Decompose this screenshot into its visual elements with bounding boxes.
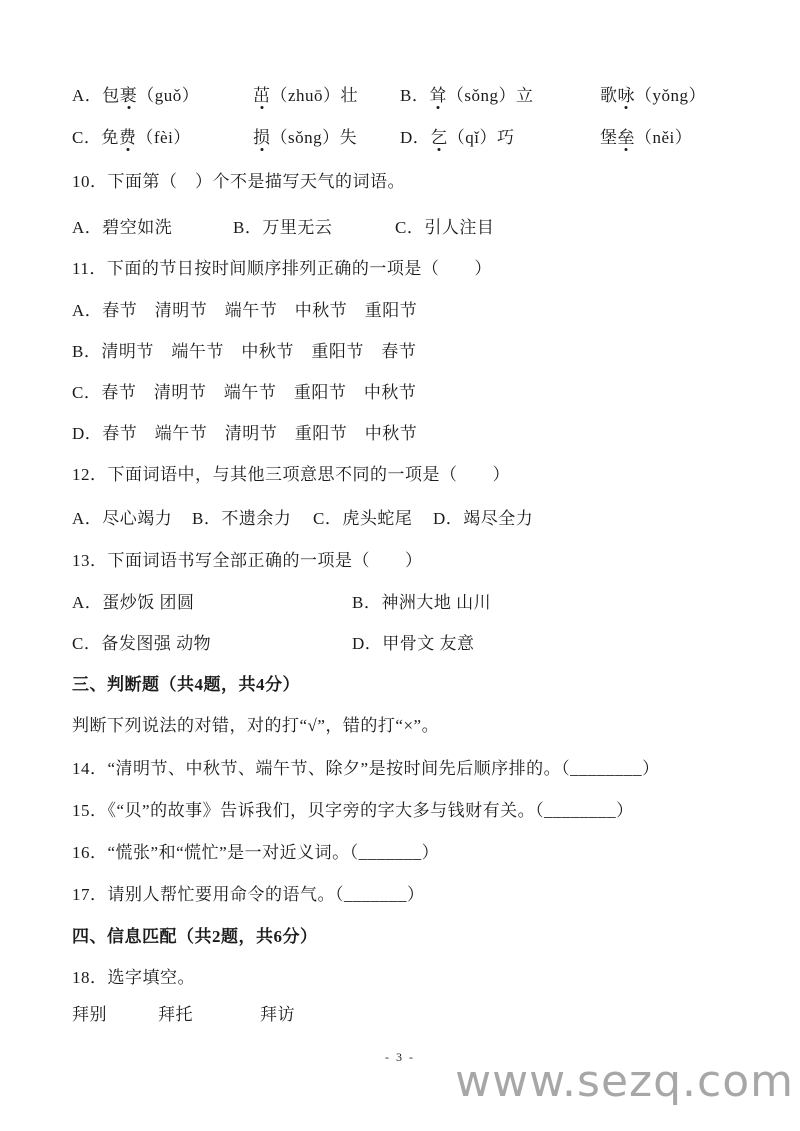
q9-option-b: B．耸（sǒng）立: [400, 86, 533, 105]
question-11: 11．下面的节日按时间顺序排列正确的一项是（ ）: [72, 259, 492, 278]
section-3-instruction: 判断下列说法的对错，对的打“√”，错的打“×”。: [72, 716, 439, 735]
question-12: 12．下面词语中，与其他三项意思不同的一项是（ ）: [72, 465, 510, 484]
q18-word-2: 拜托: [158, 1005, 193, 1024]
q13-option-b: B．神洲大地 山川: [352, 593, 491, 612]
q10-option-c: C．引人注目: [395, 218, 494, 237]
question-18-word-bank: 拜别 拜托 拜访: [72, 1005, 772, 1024]
q9-option-row-1: A．包裹（guǒ） 茁（zhuō）壮 B．耸（sǒng）立 歌咏（yǒng）: [72, 86, 772, 105]
q13-option-d: D．甲骨文 友意: [352, 634, 475, 653]
question-14: 14．“清明节、中秋节、端午节、除夕”是按时间先后顺序排的。（________）: [72, 759, 660, 778]
q12-option-b: B．不遗余力: [192, 509, 291, 528]
q9-option-a2: 茁（zhuō）壮: [253, 86, 358, 105]
q13-option-a: A．蛋炒饭 团圆: [72, 593, 195, 612]
exam-page: A．包裹（guǒ） 茁（zhuō）壮 B．耸（sǒng）立 歌咏（yǒng） C…: [0, 0, 800, 1131]
q12-option-d: D．竭尽全力: [433, 509, 533, 528]
q11-option-d: D．春节 端午节 清明节 重阳节 中秋节: [72, 424, 417, 443]
question-10-options: A．碧空如洗 B．万里无云 C．引人注目: [72, 218, 772, 237]
q13-option-c: C．备发图强 动物: [72, 634, 211, 653]
q11-option-a: A．春节 清明节 端午节 中秋节 重阳节: [72, 301, 417, 320]
section-3-title: 三、判断题（共4题，共4分）: [72, 675, 300, 694]
q18-word-3: 拜访: [260, 1005, 295, 1024]
question-10: 10．下面第（ ）个不是描写天气的词语。: [72, 172, 405, 191]
q9-option-row-2: C．免费（fèi） 损（sǒng）失 D．乞（qǐ）巧 堡垒（něi）: [72, 128, 772, 147]
q11-option-b: B．清明节 端午节 中秋节 重阳节 春节: [72, 342, 416, 361]
question-16: 16．“慌张”和“慌忙”是一对近义词。（_______）: [72, 843, 439, 862]
question-13-options-row-2: C．备发图强 动物 D．甲骨文 友意: [72, 634, 772, 653]
question-12-options: A．尽心竭力 B．不遗余力 C．虎头蛇尾 D．竭尽全力: [72, 509, 772, 528]
section-4-title: 四、信息匹配（共2题，共6分）: [72, 927, 318, 946]
q10-option-b: B．万里无云: [233, 218, 332, 237]
q9-option-c2: 损（sǒng）失: [253, 128, 357, 147]
watermark: www.sezq.com: [455, 1056, 794, 1107]
q10-option-a: A．碧空如洗: [72, 218, 172, 237]
question-17: 17．请别人帮忙要用命令的语气。（_______）: [72, 885, 425, 904]
q9-option-d: D．乞（qǐ）巧: [400, 128, 515, 147]
q9-option-c: C．免费（fèi）: [72, 128, 191, 147]
q12-option-c: C．虎头蛇尾: [313, 509, 412, 528]
q12-option-a: A．尽心竭力: [72, 509, 172, 528]
question-13-options-row-1: A．蛋炒饭 团圆 B．神洲大地 山川: [72, 593, 772, 612]
q18-word-1: 拜别: [72, 1005, 107, 1024]
question-18: 18．选字填空。: [72, 968, 195, 987]
q9-option-a: A．包裹（guǒ）: [72, 86, 199, 105]
question-13: 13．下面词语书写全部正确的一项是（ ）: [72, 551, 423, 570]
q9-option-d2: 堡垒（něi）: [600, 128, 692, 147]
question-15: 15．《“贝”的故事》告诉我们，贝字旁的字大多与钱财有关。（________）: [72, 801, 634, 820]
q9-option-b2: 歌咏（yǒng）: [600, 86, 706, 105]
q11-option-c: C．春节 清明节 端午节 重阳节 中秋节: [72, 383, 416, 402]
